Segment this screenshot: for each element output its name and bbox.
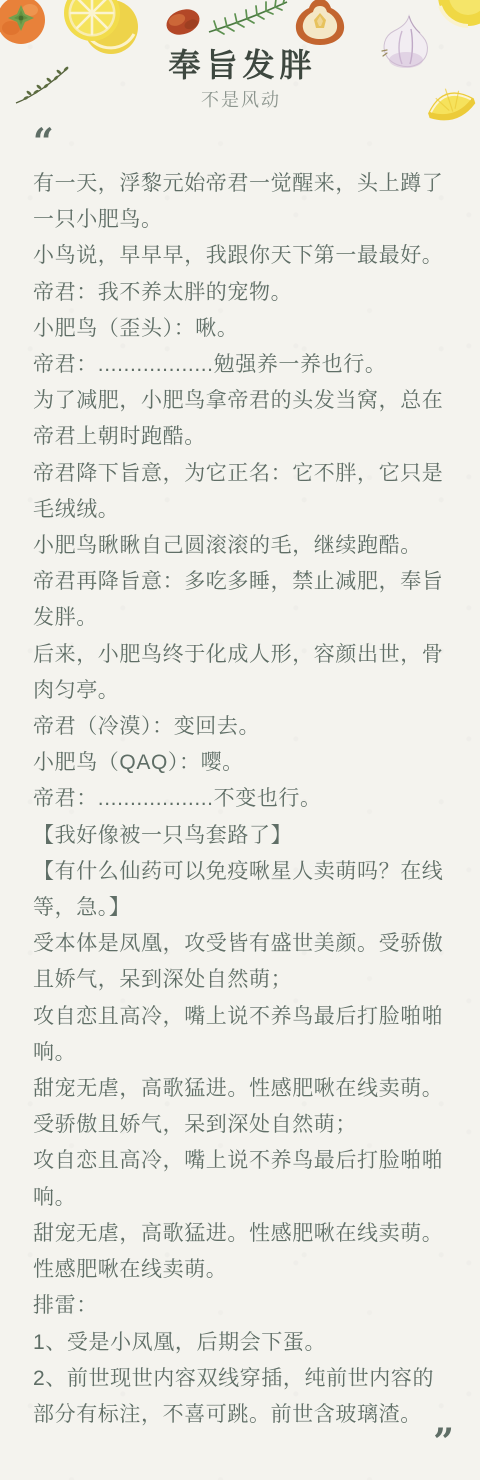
body-line: 发胖。: [33, 600, 447, 636]
body-line: 帝君：我不养太胖的宠物。: [33, 275, 447, 311]
story-card: 奉旨发胖 不是风动 “ ” 有一天，浮黎元始帝君一觉醒来，头上蹲了一只小肥鸟。小…: [0, 0, 480, 1480]
body-line: 等，急。】: [33, 890, 447, 926]
body-line: 帝君：..................不变也行。: [33, 781, 447, 817]
opening-quote-mark: “: [33, 124, 54, 160]
body-line: 小肥鸟瞅瞅自己圆滚滚的毛，继续跑酷。: [33, 528, 447, 564]
body-line: 为了减肥，小肥鸟拿帝君的头发当窝，总在: [33, 383, 447, 419]
red-date-icon: [162, 3, 204, 41]
body-line: 后来，小肥鸟终于化成人形，容颜出世，骨: [33, 637, 447, 673]
body-line: 性感肥啾在线卖萌。: [33, 1252, 447, 1288]
body-text: 有一天，浮黎元始帝君一觉醒来，头上蹲了一只小肥鸟。小鸟说，早早早，我跟你天下第一…: [33, 166, 447, 1433]
body-line: 部分有标注，不喜可跳。前世含玻璃渣。: [33, 1397, 447, 1433]
body-line: 毛绒绒。: [33, 492, 447, 528]
body-line: 甜宠无虐，高歌猛进。性感肥啾在线卖萌。: [33, 1071, 447, 1107]
body-line: 受本体是凤凰，攻受皆有盛世美颜。受骄傲: [33, 926, 447, 962]
body-line: 【我好像被一只鸟套路了】: [33, 818, 447, 854]
lemon-corner-icon: [436, 0, 480, 32]
body-line: 受骄傲且娇气，呆到深处自然萌；: [33, 1107, 447, 1143]
rosemary-sprig-icon: [205, 0, 291, 38]
body-line: 帝君（冷漠）：变回去。: [33, 709, 447, 745]
page-title: 奉旨发胖: [0, 40, 480, 86]
body-line: 甜宠无虐，高歌猛进。性感肥啾在线卖萌。: [33, 1216, 447, 1252]
body-line: 小肥鸟（歪头）：啾。: [33, 311, 447, 347]
body-line: 2、前世现世内容双线穿插，纯前世内容的: [33, 1361, 447, 1397]
body-line: 响。: [33, 1035, 447, 1071]
body-line: 且娇气，呆到深处自然萌；: [33, 962, 447, 998]
body-line: 1、受是小凤凰，后期会下蛋。: [33, 1325, 447, 1361]
page-subtitle: 不是风动: [0, 86, 480, 112]
body-line: 帝君：..................勉强养一养也行。: [33, 347, 447, 383]
body-line: 攻自恋且高冷，嘴上说不养鸟最后打脸啪啪: [33, 1143, 447, 1179]
body-line: 小肥鸟（QAQ）：嘤。: [33, 745, 447, 781]
body-line: 帝君上朝时跑酷。: [33, 419, 447, 455]
body-line: 攻自恋且高冷，嘴上说不养鸟最后打脸啪啪: [33, 999, 447, 1035]
body-line: 排雷：: [33, 1288, 447, 1324]
body-line: 【有什么仙药可以免疫啾星人卖萌吗？在线: [33, 854, 447, 890]
body-line: 小鸟说，早早早，我跟你天下第一最最好。: [33, 238, 447, 274]
body-line: 帝君再降旨意：多吃多睡，禁止减肥，奉旨: [33, 564, 447, 600]
body-line: 一只小肥鸟。: [33, 202, 447, 238]
body-line: 帝君降下旨意，为它正名：它不胖，它只是: [33, 456, 447, 492]
body-line: 肉匀亭。: [33, 673, 447, 709]
body-line: 有一天，浮黎元始帝君一觉醒来，头上蹲了: [33, 166, 447, 202]
body-line: 响。: [33, 1180, 447, 1216]
